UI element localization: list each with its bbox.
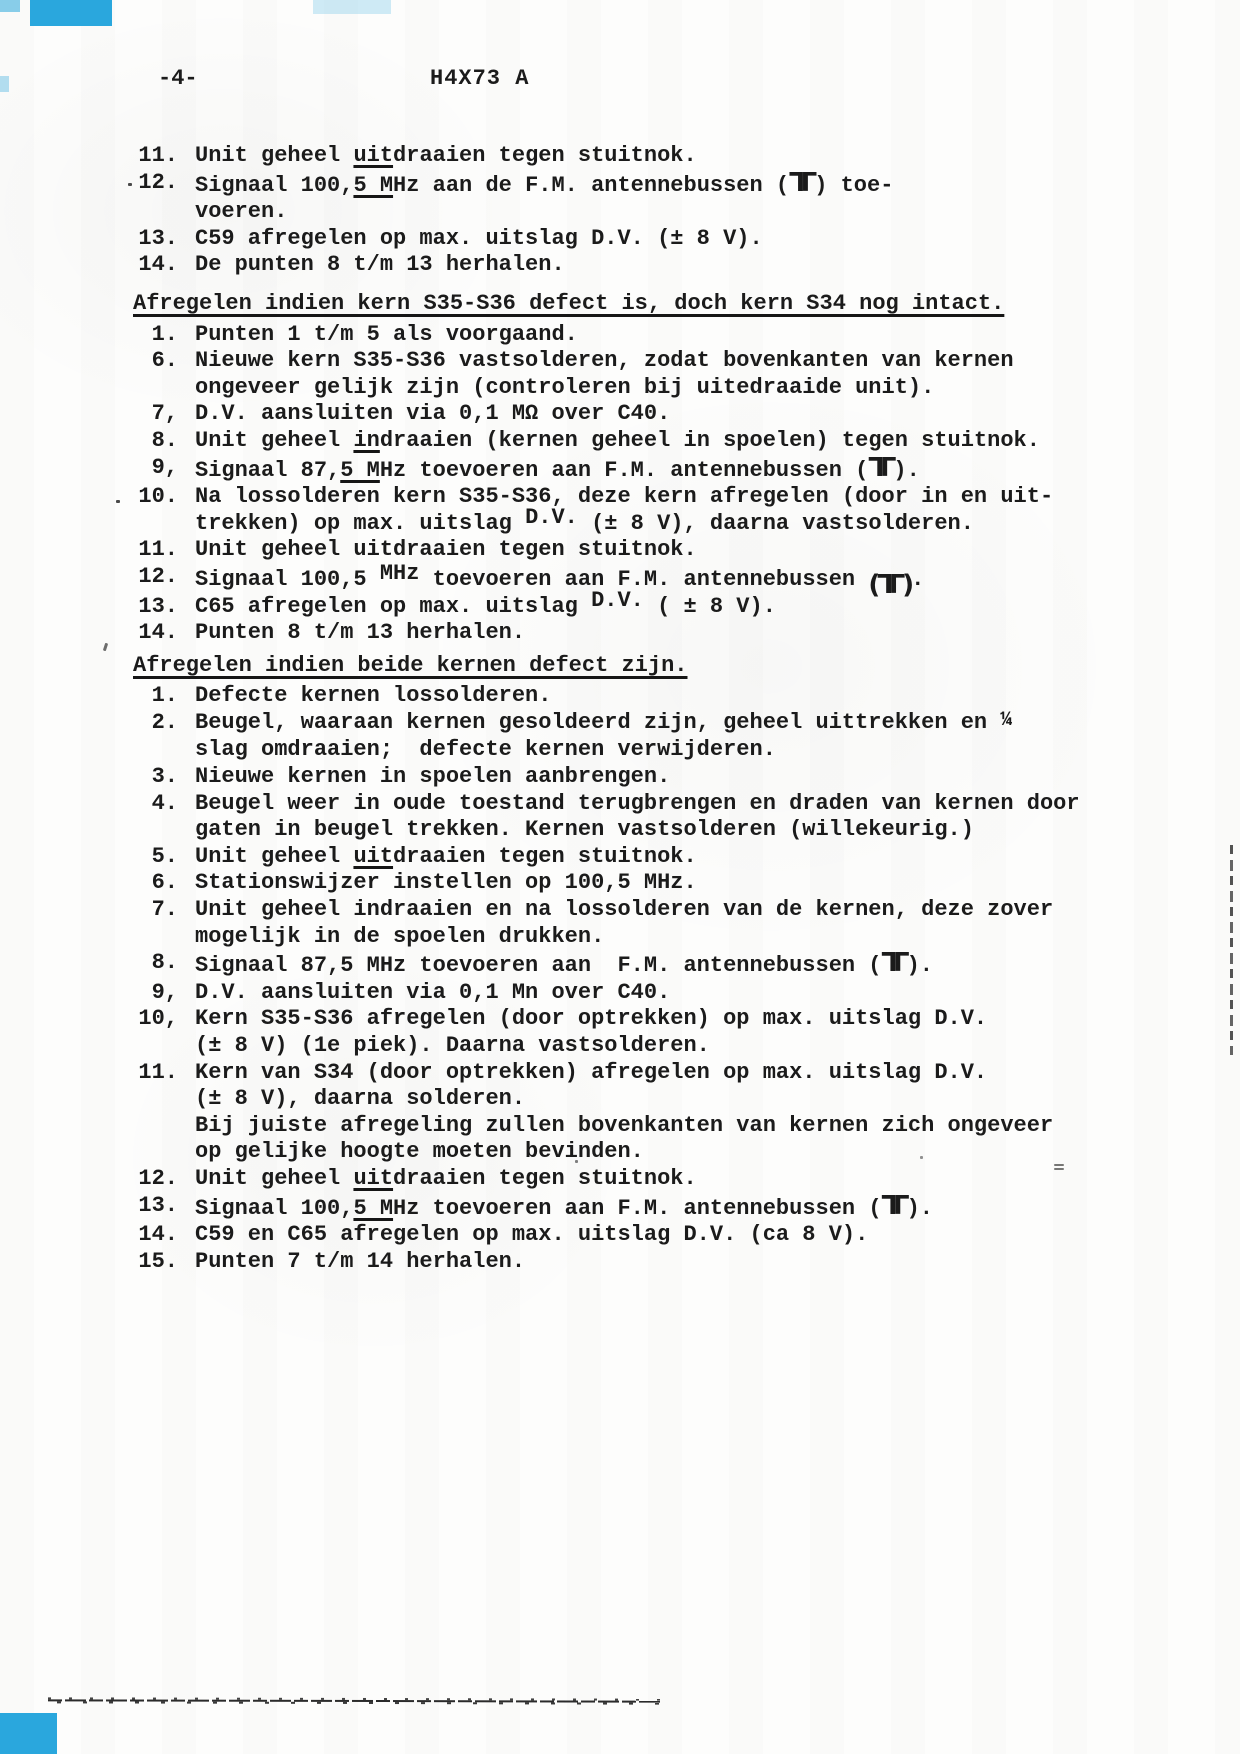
list-item-text: Signaal 100,5 MHz toevoeren aan F.M. ant… [195,564,924,594]
text-segment: draaien tegen stuitnok. [393,143,697,168]
list-item: 12.Unit geheel uitdraaien tegen stuitnok… [110,1166,1170,1193]
list-item-text: Signaal 100,5 MHz aan de F.M. antennebus… [195,170,893,226]
text-segment: De punten 8 t/m 13 herhalen. [195,252,565,277]
text-segment: op gelijke hoogte moeten bevinden. [195,1139,644,1164]
text-segment: MHz [380,561,420,586]
text-segment: draaien tegen stuitnok. [393,1166,697,1191]
page-number: -4- [158,66,198,93]
text-segment: C65 afregelen op max. uitslag [195,594,591,619]
text-segment: Beugel weer in oude toestand terugbrenge… [195,791,1080,816]
antenna-symbol: (⅂Γ) [868,570,911,600]
item-line: Na lossolderen kern S35-S36, deze kern a… [195,484,1053,511]
text-segment: Unit geheel [195,143,353,168]
document-page: -4- H4X73 A 11.Unit geheel uitdraaien te… [0,0,1240,1754]
text-segment: Kern van S34 (door optrekken) afregelen … [195,1060,987,1085]
item-line: D.V. aansluiten via 0,1 MΩ over C40. [195,401,670,428]
page-header: -4- H4X73 A [110,66,1170,93]
list-item-number: 11. [110,143,178,170]
item-line: Signaal 100,5 MHz aan de F.M. antennebus… [195,170,893,200]
list-item: 9,D.V. aansluiten via 0,1 Mn over C40. [110,980,1170,1007]
list-item-text: Signaal 87,5 MHz toevoeren aan F.M. ante… [195,455,920,485]
list-item: 7,D.V. aansluiten via 0,1 MΩ over C40. [110,401,1170,428]
antenna-symbol: ⅂Γ [882,1191,907,1221]
text-segment: slag omdraaien; defecte kernen verwijder… [195,737,776,762]
text-segment: Unit geheel indraaien en na lossolderen … [195,897,1053,922]
list-item: 10,Kern S35-S36 afregelen (door optrekke… [110,1006,1170,1059]
text-segment: ). [893,458,919,483]
list-item-text: D.V. aansluiten via 0,1 MΩ over C40. [195,401,670,428]
list-item-text: Nieuwe kern S35-S36 vastsolderen, zodat … [195,348,1014,401]
text-segment: Signaal 100,5 [195,567,380,592]
list-item: 4.Beugel weer in oude toestand terugbren… [110,791,1170,844]
list-item-number: 12. [110,170,178,197]
text-segment: voeren. [195,199,287,224]
item-continuation-line: ongeveer gelijk zijn (controleren bij ui… [195,375,1014,402]
item-line: Unit geheel uitdraaien tegen stuitnok. [195,1166,697,1193]
item-line: Stationswijzer instellen op 100,5 MHz. [195,870,697,897]
list-item-number: 12. [110,564,178,591]
text-segment: Hz toevoeren aan F.M. antennebussen ( [393,1196,881,1221]
list-item-text: Punten 8 t/m 13 herhalen. [195,620,525,647]
item-line: Punten 8 t/m 13 herhalen. [195,620,525,647]
list-item-number: 2. [110,710,178,737]
list-item-number: 10, [110,1006,178,1033]
list-item-text: D.V. aansluiten via 0,1 Mn over C40. [195,980,670,1007]
list-item-text: Unit geheel indraaien en na lossolderen … [195,897,1053,950]
list-item-number: 8. [110,950,178,977]
scan-artifact-blue-top-left [30,0,112,26]
list-item: 11.Unit geheel uitdraaien tegen stuitnok… [110,143,1170,170]
antenna-symbol: ⅂Γ [868,453,893,483]
text-segment: Bij juiste afregeling zullen bovenkanten… [195,1113,1053,1138]
scan-artifact-blue-faint [313,0,391,14]
text-segment: Beugel, waaraan kernen gesoldeerd zijn, … [195,710,1000,735]
scan-artifact-blue-dot [0,76,9,92]
text-segment: Na lossolderen kern S35-S36, deze kern a… [195,484,1053,509]
list-item-text: Na lossolderen kern S35-S36, deze kern a… [195,484,1053,537]
list-item-number: 14. [110,252,178,279]
document-body: 11.Unit geheel uitdraaien tegen stuitnok… [110,143,1170,1275]
text-segment: uit [353,844,393,869]
list-item-text: De punten 8 t/m 13 herhalen. [195,252,565,279]
text-segment: ongeveer gelijk zijn (controleren bij ui… [195,375,934,400]
list-item: 14.Punten 8 t/m 13 herhalen. [110,620,1170,647]
procedure-section: Afregelen indien kern S35-S36 defect is,… [110,291,1170,647]
list-item: 8.Unit geheel indraaien (kernen geheel i… [110,428,1170,455]
list-item-text: C59 en C65 afregelen op max. uitslag D.V… [195,1222,868,1249]
text-segment: 5 M [353,1196,393,1221]
list-item-number: 10. [110,484,178,511]
list-item-text: C59 afregelen op max. uitslag D.V. (± 8 … [195,226,763,253]
list-item-number: 6. [110,348,178,375]
list-item-text: Stationswijzer instellen op 100,5 MHz. [195,870,697,897]
list-item: 13.C59 afregelen op max. uitslag D.V. (±… [110,226,1170,253]
item-continuation-line: gaten in beugel trekken. Kernen vastsold… [195,817,1080,844]
section-heading: Afregelen indien kern S35-S36 defect is,… [133,291,1170,318]
text-segment: (± 8 V), daarna solderen. [195,1086,525,1111]
item-line: Unit geheel uitdraaien tegen stuitnok. [195,143,697,170]
list-item-number: 1. [110,322,178,349]
list-item-text: Beugel weer in oude toestand terugbrenge… [195,791,1080,844]
item-continuation-line: op gelijke hoogte moeten bevinden. [195,1139,1053,1166]
text-segment: 5 M [340,458,380,483]
item-continuation-line: trekken) op max. uitslag D.V. (± 8 V), d… [195,511,1053,538]
list-item-text: Signaal 87,5 MHz toevoeren aan F.M. ante… [195,950,933,980]
section-heading-text: Afregelen indien beide kernen defect zij… [133,653,688,678]
list-item: 3.Nieuwe kernen in spoelen aanbrengen. [110,764,1170,791]
item-line: D.V. aansluiten via 0,1 Mn over C40. [195,980,670,1007]
scan-artifact-blue-corner [0,0,20,12]
section-heading: Afregelen indien beide kernen defect zij… [133,653,1170,680]
list-item-text: Signaal 100,5 MHz toevoeren aan F.M. ant… [195,1193,933,1223]
list-item: 2.Beugel, waaraan kernen gesoldeerd zijn… [110,710,1170,764]
list-item: 6.Nieuwe kern S35-S36 vastsolderen, zoda… [110,348,1170,401]
item-line: Punten 7 t/m 14 herhalen. [195,1249,525,1276]
item-line: C65 afregelen op max. uitslag D.V. ( ± 8… [195,594,776,621]
item-line: De punten 8 t/m 13 herhalen. [195,252,565,279]
text-segment: Punten 1 t/m 5 als voorgaand. [195,322,578,347]
item-line: Nieuwe kern S35-S36 vastsolderen, zodat … [195,348,1014,375]
list-item-number: 14. [110,1222,178,1249]
text-segment: in [353,428,379,453]
text-segment: C59 afregelen op max. uitslag D.V. (± 8 … [195,226,763,251]
item-line: Signaal 87,5 MHz toevoeren aan F.M. ante… [195,950,933,980]
text-segment: gaten in beugel trekken. Kernen vastsold… [195,817,974,842]
list-item-number: 11. [110,1060,178,1087]
antenna-symbol: ⅂Γ [789,168,814,198]
list-item: 1.Defecte kernen lossolderen. [110,683,1170,710]
list-item: 15.Punten 7 t/m 14 herhalen. [110,1249,1170,1276]
list-item-text: Unit geheel uitdraaien tegen stuitnok. [195,844,697,871]
text-segment: Signaal 87, [195,458,340,483]
text-segment: uit [353,1166,393,1191]
procedure-section: 11.Unit geheel uitdraaien tegen stuitnok… [110,143,1170,279]
procedure-section: Afregelen indien beide kernen defect zij… [110,653,1170,1276]
list-item: 13.C65 afregelen op max. uitslag D.V. ( … [110,594,1170,621]
document-code: H4X73 A [430,66,529,93]
list-item: 5.Unit geheel uitdraaien tegen stuitnok. [110,844,1170,871]
list-item-number: 7, [110,401,178,428]
list-item-number: 13. [110,1193,178,1220]
item-line: Beugel weer in oude toestand terugbrenge… [195,791,1080,818]
text-segment: . [911,567,924,592]
text-segment: uit [353,143,393,168]
list-item-number: 6. [110,870,178,897]
list-item-number: 15. [110,1249,178,1276]
text-segment: Punten 7 t/m 14 herhalen. [195,1249,525,1274]
text-segment: Signaal 100, [195,1196,353,1221]
list-item-text: Nieuwe kernen in spoelen aanbrengen. [195,764,670,791]
list-item: 6.Stationswijzer instellen op 100,5 MHz. [110,870,1170,897]
list-item-text: Beugel, waaraan kernen gesoldeerd zijn, … [195,710,1012,764]
item-continuation-line: Bij juiste afregeling zullen bovenkanten… [195,1113,1053,1140]
text-segment: (± 8 V) (1e piek). Daarna vastsolderen. [195,1033,710,1058]
list-item-number: 1. [110,683,178,710]
scan-artifact-right-margin-line [1230,845,1233,1055]
scan-speck [103,643,108,652]
item-line: C59 en C65 afregelen op max. uitslag D.V… [195,1222,868,1249]
item-line: Kern van S34 (door optrekken) afregelen … [195,1060,1053,1087]
text-segment: draaien tegen stuitnok. [393,844,697,869]
list-item-number: 4. [110,791,178,818]
list-item-text: Defecte kernen lossolderen. [195,683,551,710]
section-heading-text: Afregelen indien kern S35-S36 defect is,… [133,291,1004,316]
list-item: 7.Unit geheel indraaien en na lossoldere… [110,897,1170,950]
list-item: 9,Signaal 87,5 MHz toevoeren aan F.M. an… [110,455,1170,485]
list-item: 12.Signaal 100,5 MHz aan de F.M. antenne… [110,170,1170,226]
list-item-number: 14. [110,620,178,647]
text-segment: D.V. aansluiten via 0,1 MΩ over C40. [195,401,670,426]
list-item-number: 13. [110,594,178,621]
item-continuation-line: voeren. [195,199,893,226]
text-segment: Unit geheel [195,844,353,869]
text-segment: Kern S35-S36 afregelen (door optrekken) … [195,1006,987,1031]
list-item: 11.Kern van S34 (door optrekken) afregel… [110,1060,1170,1166]
text-segment: D.V. [525,505,578,530]
item-line: C59 afregelen op max. uitslag D.V. (± 8 … [195,226,763,253]
list-item-text: Kern S35-S36 afregelen (door optrekken) … [195,1006,987,1059]
text-segment: Hz toevoeren aan F.M. antennebussen ( [380,458,868,483]
list-item-text: Punten 1 t/m 5 als voorgaand. [195,322,578,349]
item-line: Unit geheel uitdraaien tegen stuitnok. [195,844,697,871]
list-item-number: 8. [110,428,178,455]
item-line: Defecte kernen lossolderen. [195,683,551,710]
list-item-text: Punten 7 t/m 14 herhalen. [195,1249,525,1276]
list-item-text: Unit geheel indraaien (kernen geheel in … [195,428,1040,455]
text-segment: trekken) op max. uitslag [195,511,525,536]
text-segment: C59 en C65 afregelen op max. uitslag D.V… [195,1222,868,1247]
text-segment: Nieuwe kernen in spoelen aanbrengen. [195,764,670,789]
text-segment: ) toe- [814,173,893,198]
antenna-symbol: ⅂Γ [882,948,907,978]
list-item-text: Unit geheel uitdraaien tegen stuitnok. [195,537,697,564]
text-segment: Unit geheel [195,428,353,453]
list-item: 8.Signaal 87,5 MHz toevoeren aan F.M. an… [110,950,1170,980]
list-item-number: 11. [110,537,178,564]
text-segment: ¼ [1000,709,1012,732]
text-segment: Unit geheel uitdraaien tegen stuitnok. [195,537,697,562]
item-line: Signaal 87,5 MHz toevoeren aan F.M. ante… [195,455,920,485]
list-item: 14.C59 en C65 afregelen op max. uitslag … [110,1222,1170,1249]
item-line: Unit geheel indraaien (kernen geheel in … [195,428,1040,455]
list-item: 10.Na lossolderen kern S35-S36, deze ker… [110,484,1170,537]
text-segment: mogelijk in de spoelen drukken. [195,924,604,949]
text-segment: Signaal 100, [195,173,353,198]
item-line: Nieuwe kernen in spoelen aanbrengen. [195,764,670,791]
text-segment: D.V. aansluiten via 0,1 Mn over C40. [195,980,670,1005]
list-item: 13.Signaal 100,5 MHz toevoeren aan F.M. … [110,1193,1170,1223]
text-segment: Hz aan de F.M. antennebussen ( [393,173,789,198]
list-item-text: Kern van S34 (door optrekken) afregelen … [195,1060,1053,1166]
text-segment: ( ± 8 V). [644,594,776,619]
list-item-number: 3. [110,764,178,791]
list-item-text: C65 afregelen op max. uitslag D.V. ( ± 8… [195,594,776,621]
text-segment: ). [907,1196,933,1221]
text-segment: (± 8 V), daarna vastsolderen. [578,511,974,536]
list-item-number: 7. [110,897,178,924]
text-segment: Defecte kernen lossolderen. [195,683,551,708]
item-continuation-line: mogelijk in de spoelen drukken. [195,924,1053,951]
item-continuation-line: (± 8 V), daarna solderen. [195,1086,1053,1113]
list-item-number: 9, [110,980,178,1007]
list-item-number: 5. [110,844,178,871]
item-line: Signaal 100,5 MHz toevoeren aan F.M. ant… [195,564,924,594]
list-item-number: 9, [110,455,178,482]
item-line: Beugel, waaraan kernen gesoldeerd zijn, … [195,710,1012,738]
text-segment: Stationswijzer instellen op 100,5 MHz. [195,870,697,895]
text-segment: Punten 8 t/m 13 herhalen. [195,620,525,645]
text-segment: draaien (kernen geheel in spoelen) tegen… [380,428,1040,453]
item-continuation-line: (± 8 V) (1e piek). Daarna vastsolderen. [195,1033,987,1060]
list-item: 1.Punten 1 t/m 5 als voorgaand. [110,322,1170,349]
scan-artifact-blue-bottom-left [0,1713,57,1754]
scan-artifact-bottom-edge-line [48,1697,660,1704]
item-line: Unit geheel uitdraaien tegen stuitnok. [195,537,697,564]
item-line: Kern S35-S36 afregelen (door optrekken) … [195,1006,987,1033]
list-item-text: Unit geheel uitdraaien tegen stuitnok. [195,143,697,170]
text-segment: Unit geheel [195,1166,353,1191]
list-item-number: 13. [110,226,178,253]
text-segment: D.V. [591,588,644,613]
list-item: 11.Unit geheel uitdraaien tegen stuitnok… [110,537,1170,564]
item-line: Punten 1 t/m 5 als voorgaand. [195,322,578,349]
text-segment: Signaal 87,5 MHz toevoeren aan F.M. ante… [195,953,882,978]
list-item-number: 12. [110,1166,178,1193]
text-segment: 5 M [353,173,393,198]
item-continuation-line: slag omdraaien; defecte kernen verwijder… [195,737,1012,764]
item-line: Unit geheel indraaien en na lossolderen … [195,897,1053,924]
document-content: -4- H4X73 A 11.Unit geheel uitdraaien te… [110,66,1170,1275]
list-item-text: Unit geheel uitdraaien tegen stuitnok. [195,1166,697,1193]
list-item: 14.De punten 8 t/m 13 herhalen. [110,252,1170,279]
text-segment: ). [907,953,933,978]
item-line: Signaal 100,5 MHz toevoeren aan F.M. ant… [195,1193,933,1223]
text-segment: Nieuwe kern S35-S36 vastsolderen, zodat … [195,348,1014,373]
